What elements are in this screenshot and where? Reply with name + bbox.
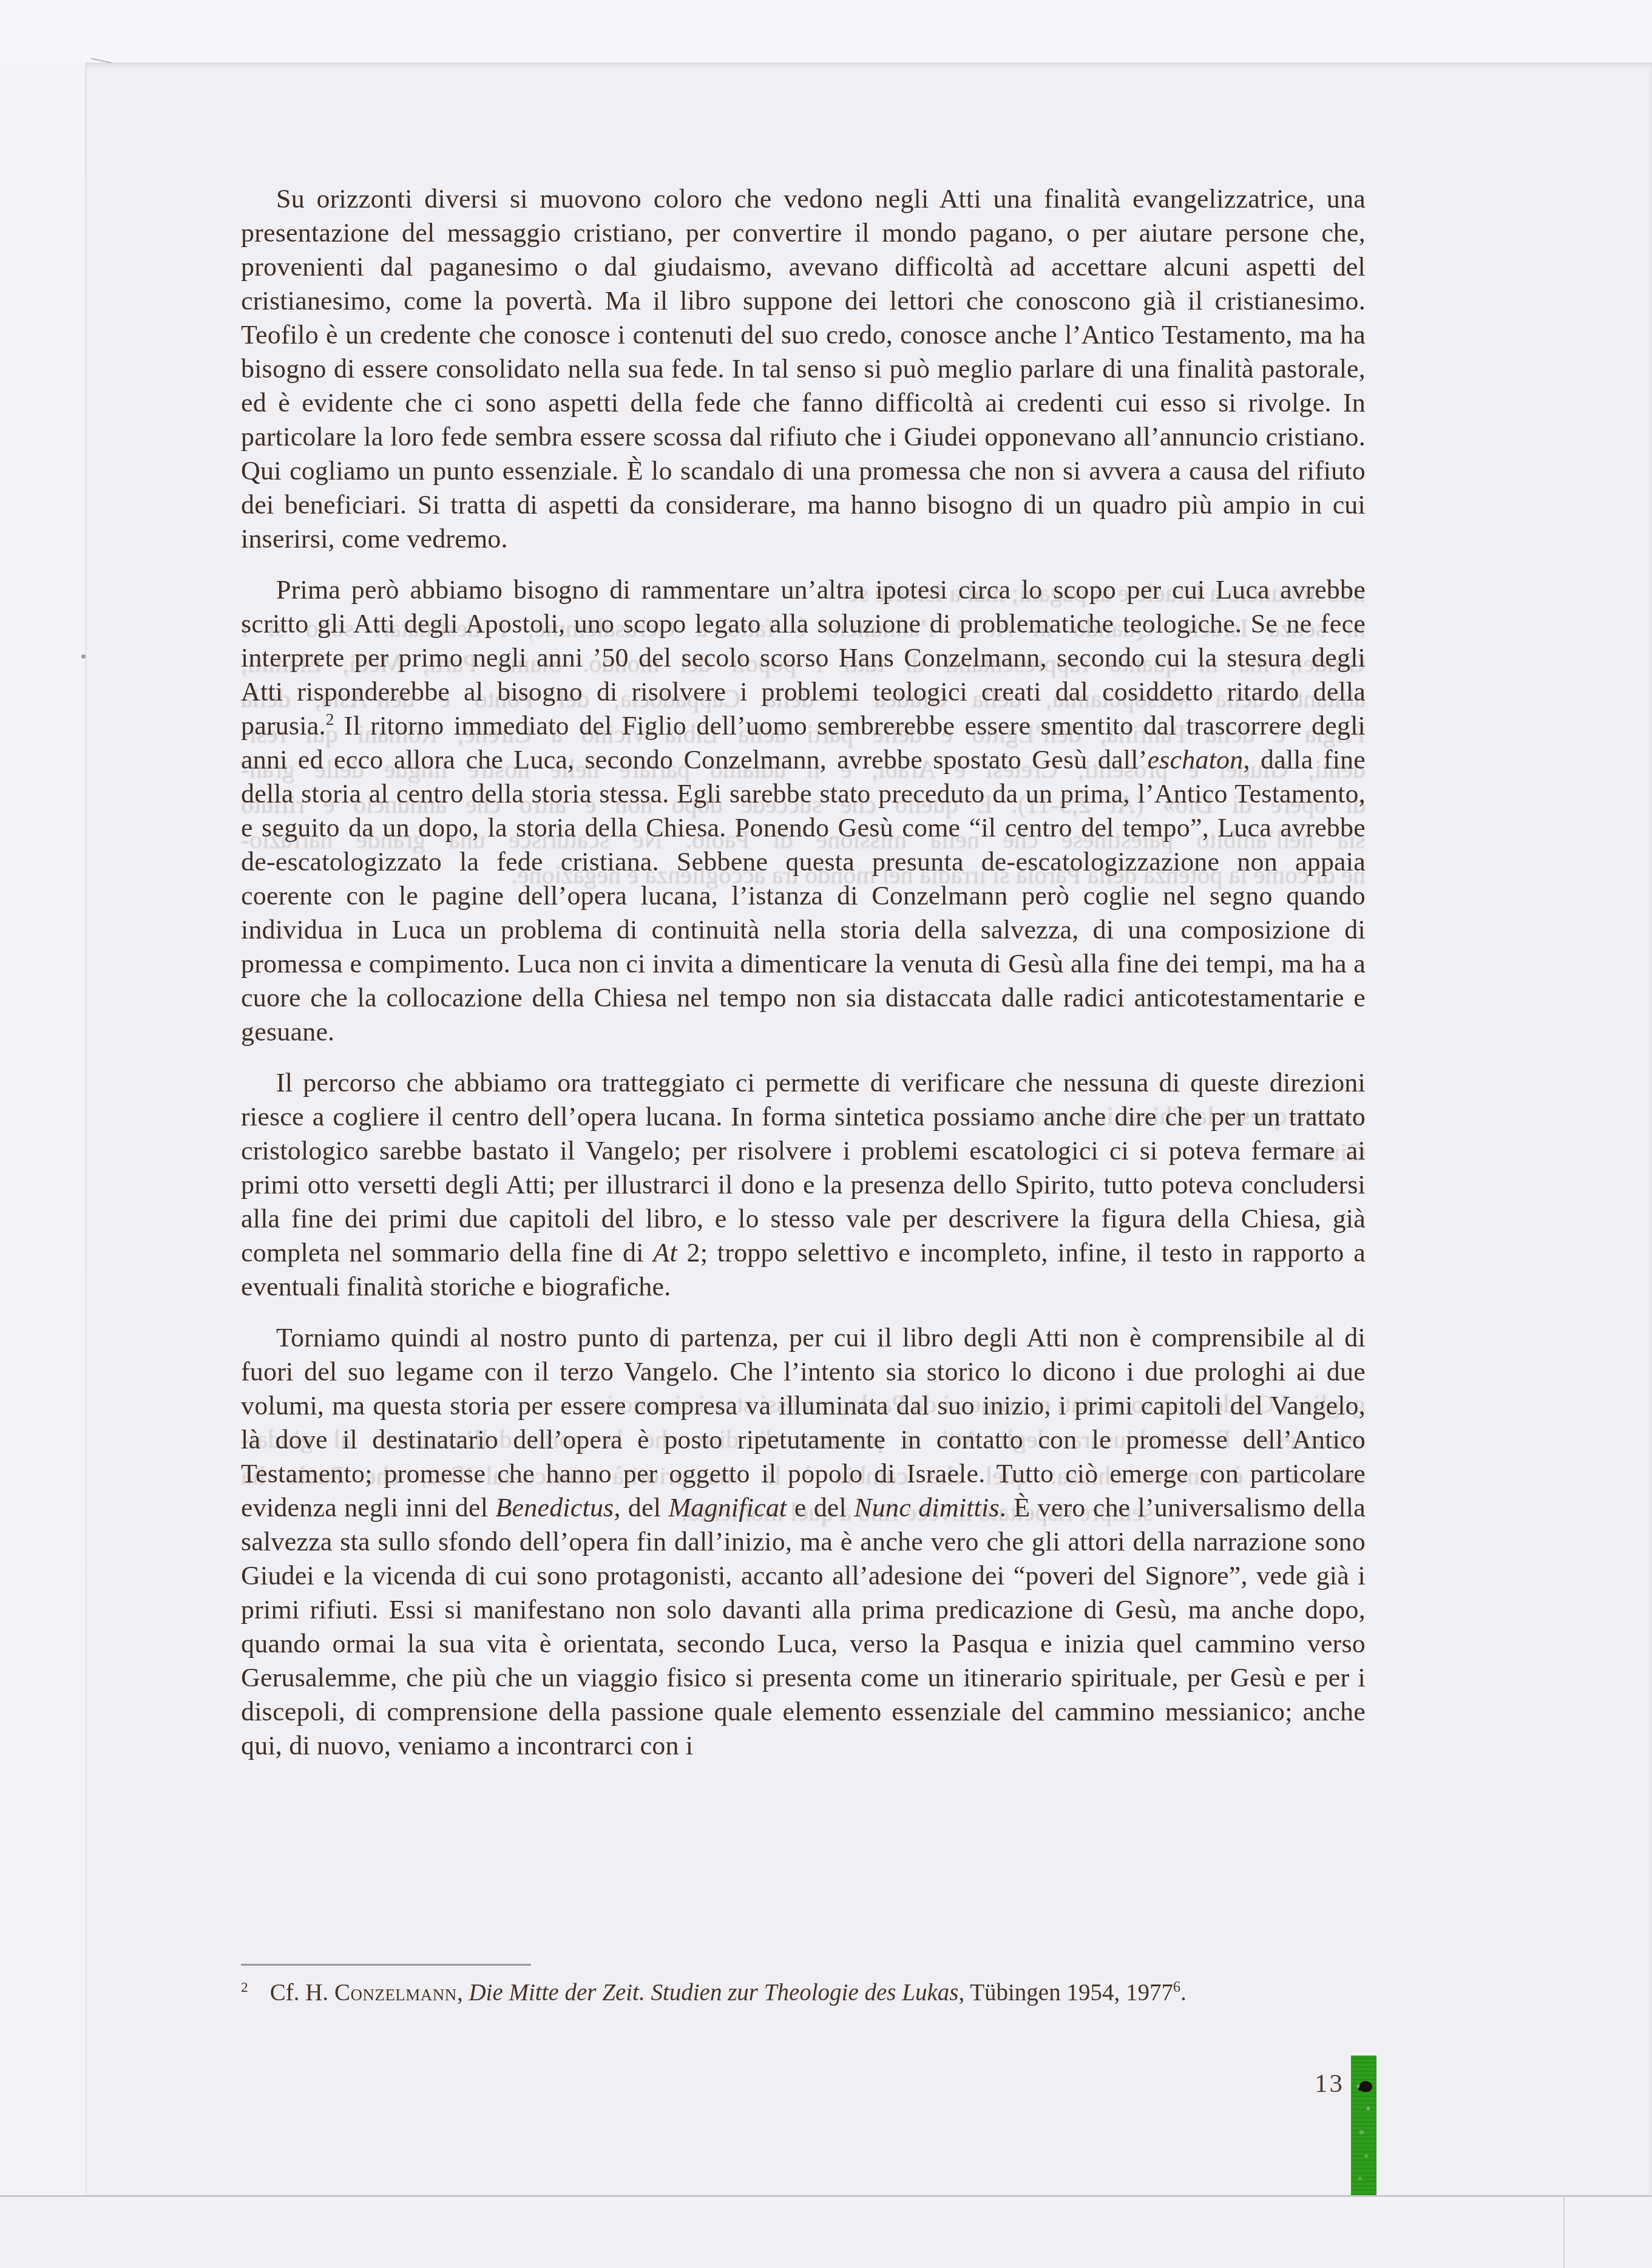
ink-spot (1359, 2081, 1372, 2092)
body-paragraph: Prima però abbiamo bisogno di rammentare… (241, 573, 1366, 1049)
paper-edge-bottom (0, 2195, 1652, 2268)
scanned-book-page: { "document": { "page_number": "13", "bo… (0, 0, 1652, 2268)
footnote-text: Cf. H. Conzelmann, Die Mitte der Zeit. S… (270, 1980, 1187, 2006)
footnote-marker: 2 (241, 1980, 248, 1995)
body-paragraph: Su orizzonti diversi si muovono coloro c… (241, 182, 1366, 556)
green-bookmark-strip (1351, 2056, 1376, 2195)
footnote-rule (241, 1964, 531, 1966)
page-number: 13 (1315, 2069, 1344, 2099)
body-paragraph: Torniamo quindi al nostro punto di parte… (241, 1321, 1366, 1763)
body-paragraph: Il percorso che abbiamo ora tratteggiato… (241, 1066, 1366, 1304)
body-text: Su orizzonti diversi si muovono coloro c… (241, 182, 1366, 1780)
under-sheet-edge (1563, 2197, 1565, 2268)
footnote: 2Cf. H. Conzelmann, Die Mitte der Zeit. … (241, 1978, 1366, 2008)
